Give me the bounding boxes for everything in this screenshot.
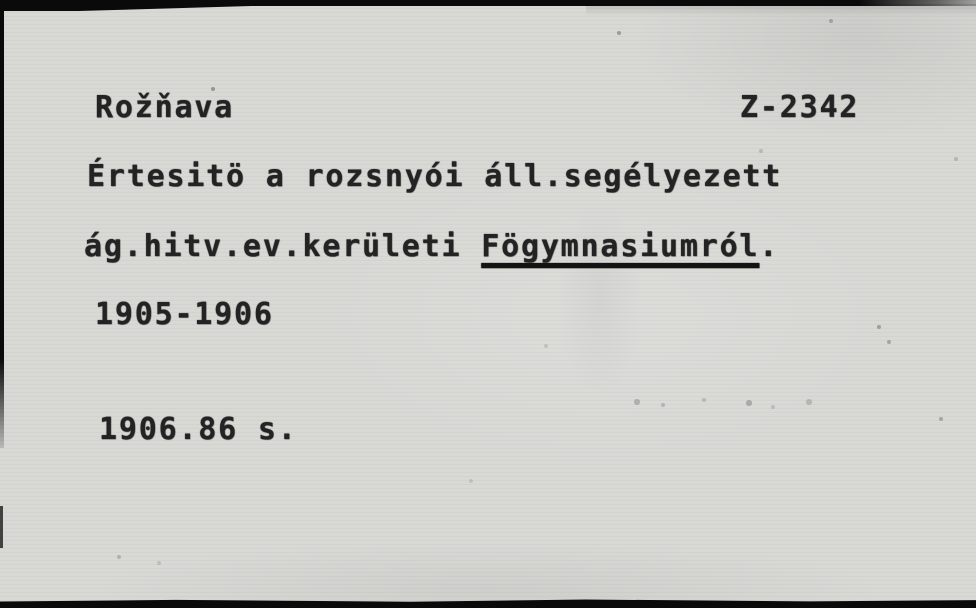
scan-border-left-sliver: [0, 506, 3, 548]
scan-border-left: [0, 0, 4, 448]
call-number: Z-2342: [740, 90, 859, 125]
scan-border-top-left: [0, 0, 262, 11]
underlined-title-word: Fögymnasiumról: [481, 229, 759, 264]
scan-border-bottom: [0, 599, 976, 608]
place-name: Rožňava: [95, 90, 234, 125]
collation-note: 1906.86 s.: [99, 412, 298, 447]
title-line-1: Értesitö a rozsnyói áll.segélyezett: [87, 159, 782, 194]
title-line-2-period: .: [759, 229, 779, 264]
date-range: 1905-1906: [95, 297, 274, 332]
title-line-2-prefix: ág.hitv.ev.kerületi: [84, 229, 481, 264]
title-line-2: ág.hitv.ev.kerületi Fögymnasiumról.: [84, 229, 779, 264]
catalog-card-scan: Rožňava Z-2342 Értesitö a rozsnyói áll.s…: [0, 0, 976, 608]
